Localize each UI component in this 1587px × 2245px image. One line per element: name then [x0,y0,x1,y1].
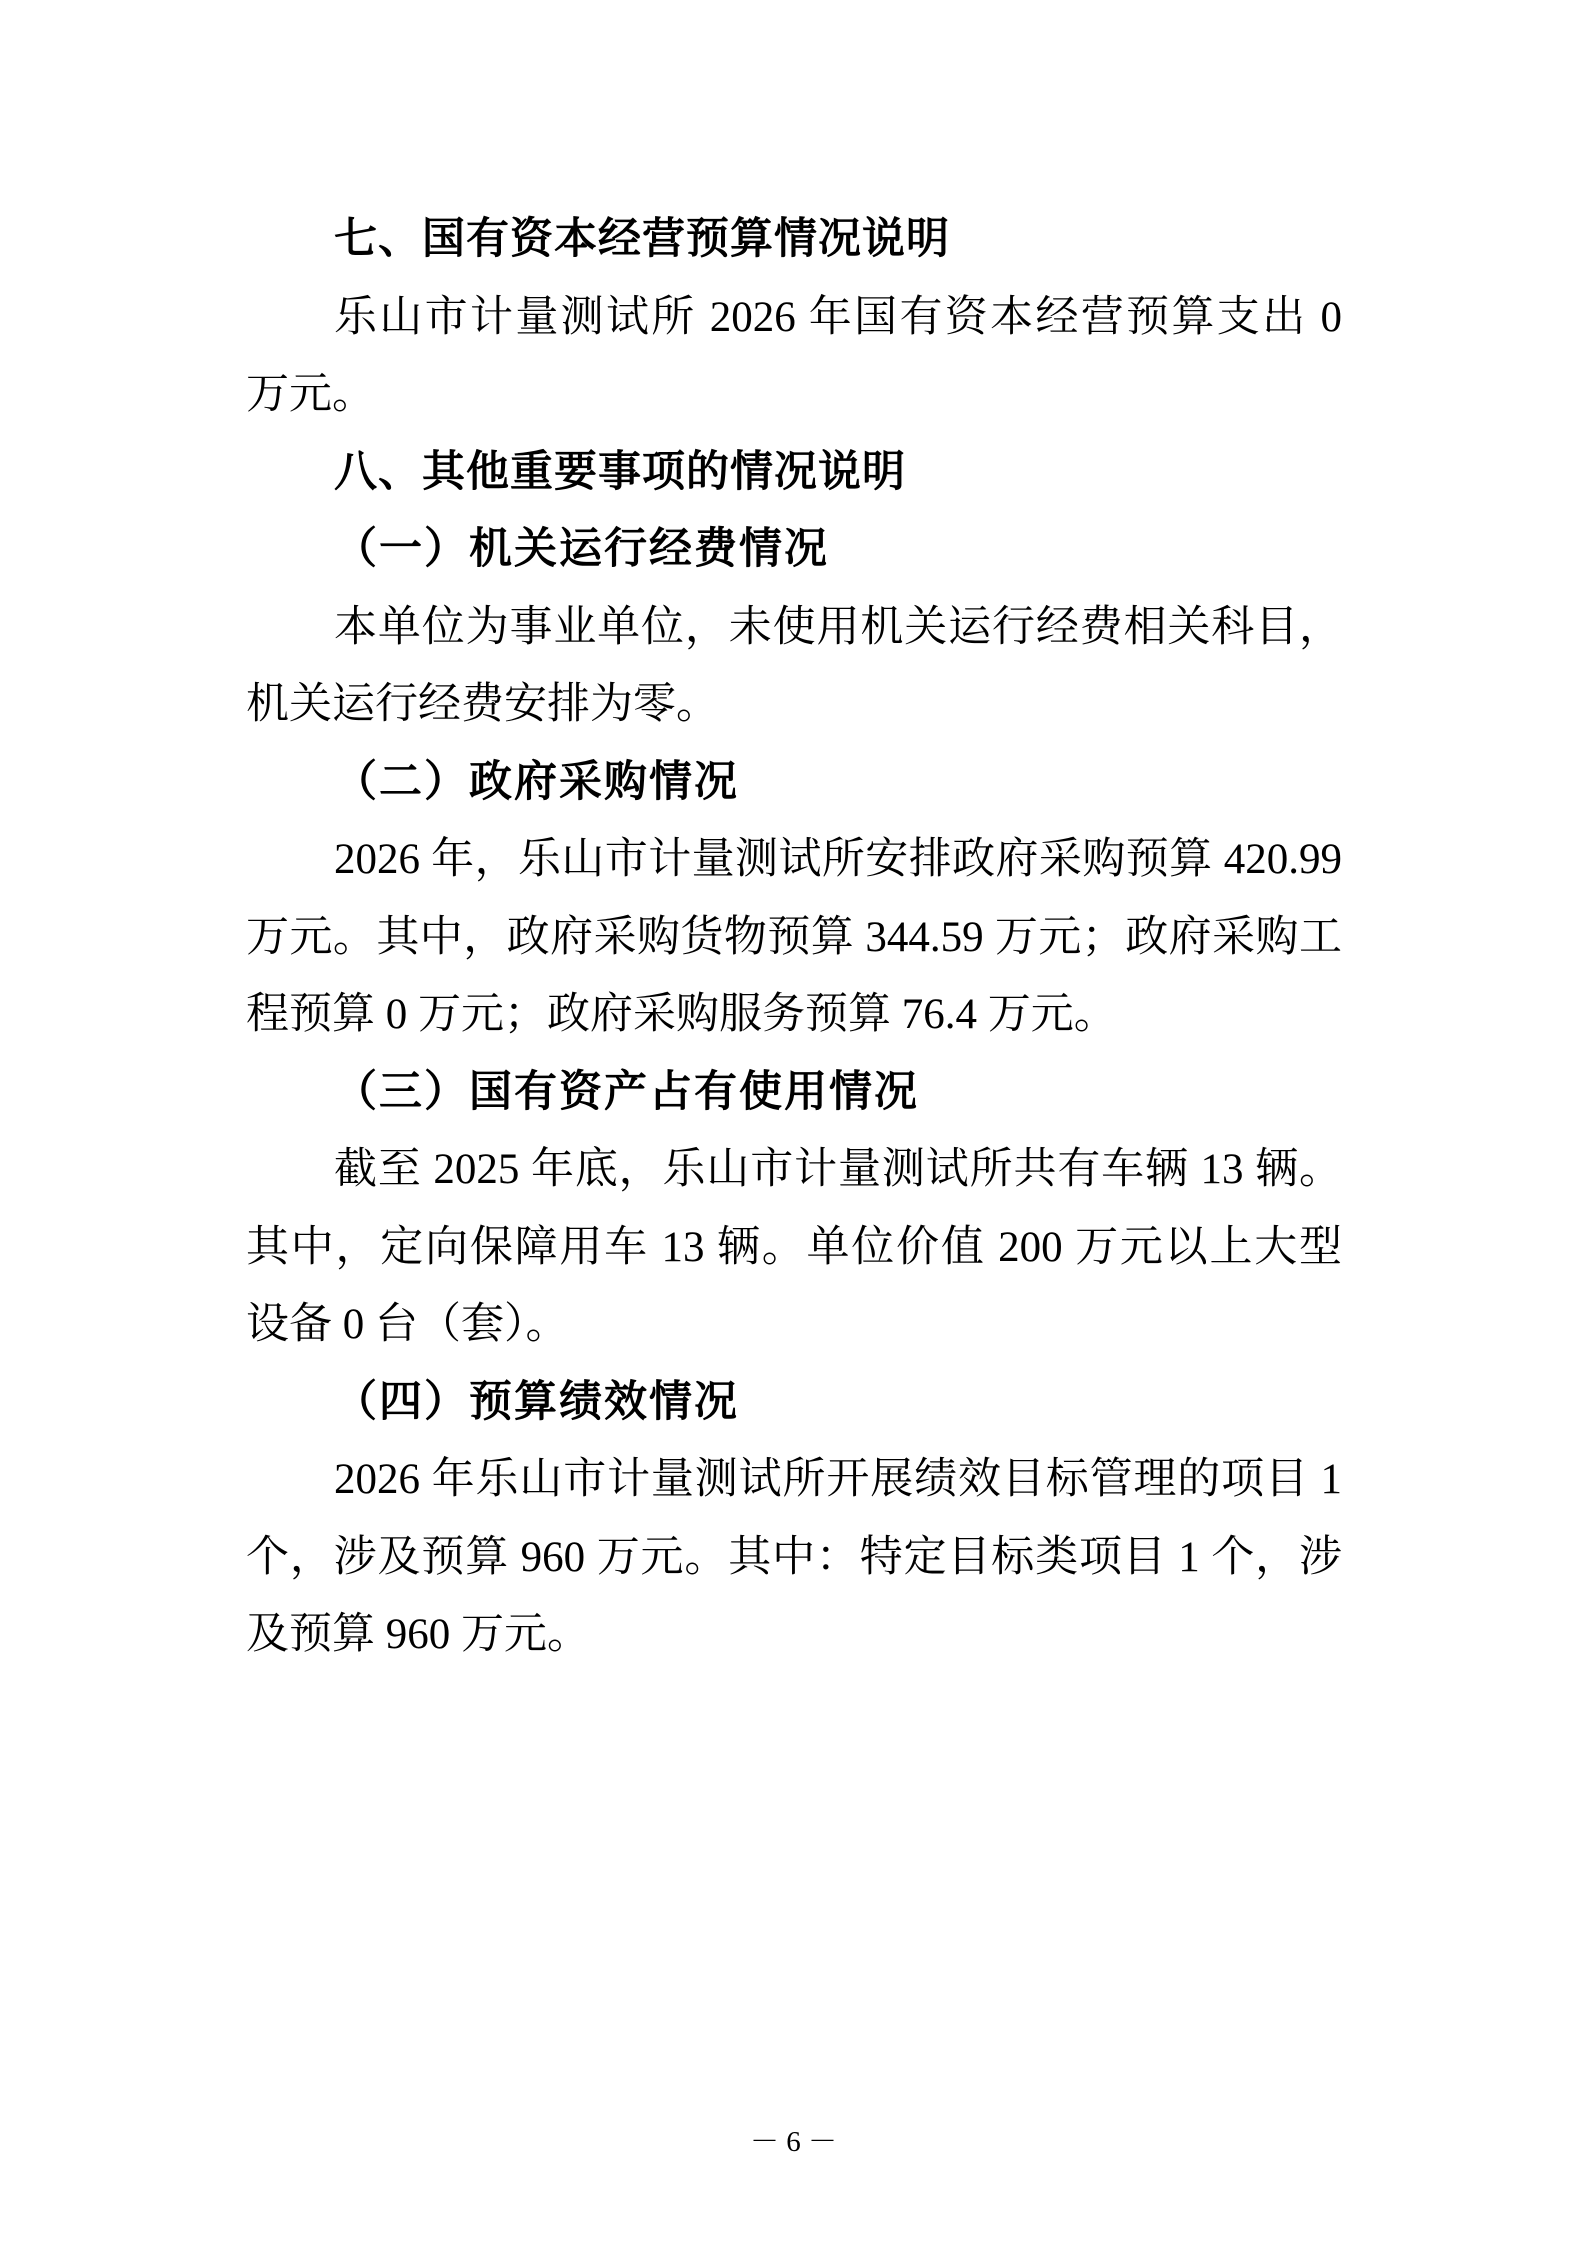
section-heading-other-important-matters: 八、其他重要事项的情况说明 [246,434,1342,512]
subsection-heading-budget-performance: （四）预算绩效情况 [246,1364,1342,1442]
subsection-heading-state-assets-usage: （三）国有资产占有使用情况 [246,1054,1342,1132]
paragraph-state-assets-usage: 截至 2025 年底，乐山市计量测试所共有车辆 13 辆。其中，定向保障用车 1… [246,1131,1342,1364]
page-number: － 6 － [0,2122,1587,2162]
section-heading-state-capital-budget: 七、国有资本经营预算情况说明 [246,201,1342,279]
subsection-heading-government-procurement: （二）政府采购情况 [246,744,1342,822]
paragraph-state-capital-budget: 乐山市计量测试所 2026 年国有资本经营预算支出 0 万元。 [246,279,1342,434]
document-page: 七、国有资本经营预算情况说明 乐山市计量测试所 2026 年国有资本经营预算支出… [0,0,1587,2245]
paragraph-agency-operating-funds: 本单位为事业单位，未使用机关运行经费相关科目，机关运行经费安排为零。 [246,589,1342,744]
subsection-heading-agency-operating-funds: （一）机关运行经费情况 [246,511,1342,589]
document-body: 七、国有资本经营预算情况说明 乐山市计量测试所 2026 年国有资本经营预算支出… [246,201,1342,1674]
paragraph-government-procurement: 2026 年，乐山市计量测试所安排政府采购预算 420.99 万元。其中，政府采… [246,821,1342,1054]
paragraph-budget-performance: 2026 年乐山市计量测试所开展绩效目标管理的项目 1 个，涉及预算 960 万… [246,1441,1342,1674]
